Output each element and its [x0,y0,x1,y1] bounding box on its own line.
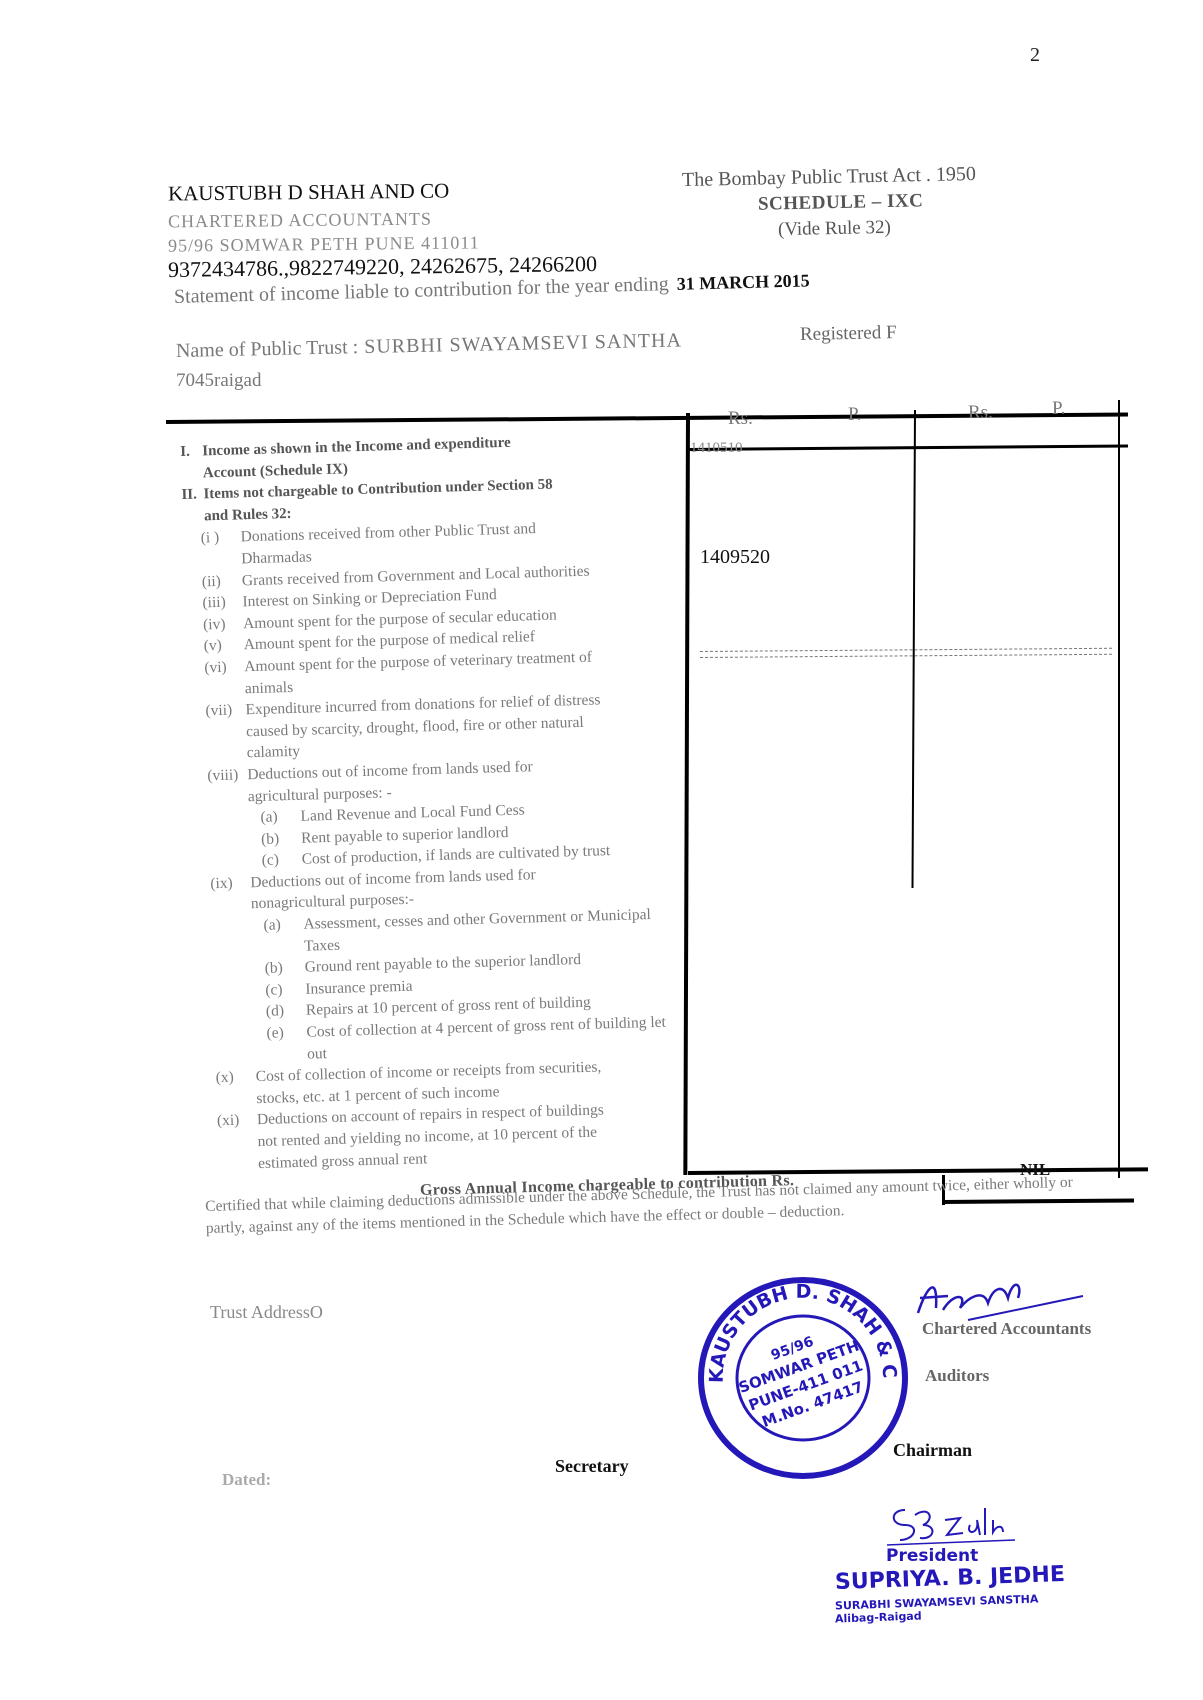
item-number: (b) [264,958,283,980]
item-number: (c) [261,850,279,872]
item-number: I. [180,442,190,464]
item-number: (b) [261,828,280,850]
item-number: (a) [260,807,278,829]
col1-p-header: P. [848,404,861,426]
auditors-label: Auditors [925,1366,989,1386]
item-number: (ii) [202,570,222,592]
registered-label: Registered F [800,322,897,346]
col2-rs-header: Rs. [968,402,993,424]
trust-address-label: Trust AddressO [210,1302,323,1323]
president-signature-icon [885,1500,1025,1548]
item-number: (e) [266,1022,284,1044]
firm-name: KAUSTUBH D SHAH AND CO [168,179,449,207]
president-stamp: President SUPRIYA. B. JEDHE SURABHI SWAY… [830,1500,1090,1690]
firm-subtitle: CHARTERED ACCOUNTANTS [168,209,432,233]
item-number: (c) [265,979,283,1001]
header-bottom-rule [686,445,1128,451]
president-title: President [886,1546,978,1566]
item-number: (v) [203,635,222,657]
item-number: (iii) [202,592,226,614]
item-number: (d) [266,1001,285,1023]
president-org: SURABHI SWAYAMSEVI SANSTHA [835,1592,1039,1612]
item-text: Deductions on account of repairs in resp… [257,1099,619,1174]
item-number: (viii) [207,764,239,786]
rule-reference: (Vide Rule 32) [778,217,891,241]
trust-code: 7045raigad [176,370,261,392]
page-number: 2 [1030,44,1040,67]
item-number: (xi) [217,1110,240,1132]
president-name: SUPRIYA. B. JEDHE [835,1562,1066,1595]
item-number: (i ) [200,527,219,549]
statement-date: 31 MARCH 2015 [676,270,809,293]
table-right-border [1118,400,1120,1178]
item-number: (x) [215,1067,234,1089]
trust-label: Name of Public Trust : [176,336,359,362]
president-location: Alibag-Raigad [835,1609,922,1625]
schedule-items: I.Income as shown in the Income and expe… [180,427,720,1175]
act-title: The Bombay Public Trust Act . 1950 [682,163,976,192]
item-number: II. [181,485,197,507]
dated-label: Dated: [222,1470,271,1490]
item-number: (iv) [203,614,226,636]
list-item: (xi)Deductions on account of repairs in … [199,1097,721,1176]
item-number: (ix) [210,873,233,895]
item-number: (vi) [204,657,227,679]
ca-stamp-icon: KAUSTUBH D. SHAH & CO. • CHARTERED ACCOU… [693,1273,913,1483]
trust-name: SURBHI SWAYAMSEVI SANTHA [364,329,682,358]
item-number: (a) [263,914,281,936]
item-number: (vii) [205,700,232,722]
secretary-label: Secretary [555,1456,629,1477]
trust-name-line: Name of Public Trust :SURBHI SWAYAMSEVI … [176,329,682,363]
donations-amount: 1409520 [700,546,770,569]
ca-signature-icon [908,1268,1088,1328]
item-text: Expenditure incurred from donations for … [245,689,607,764]
col1-rs-header: Rs. [728,408,753,430]
double-underline [700,648,1112,658]
col2-p-header: P. [1052,398,1065,420]
schedule-title: SCHEDULE – IXC [758,190,924,215]
